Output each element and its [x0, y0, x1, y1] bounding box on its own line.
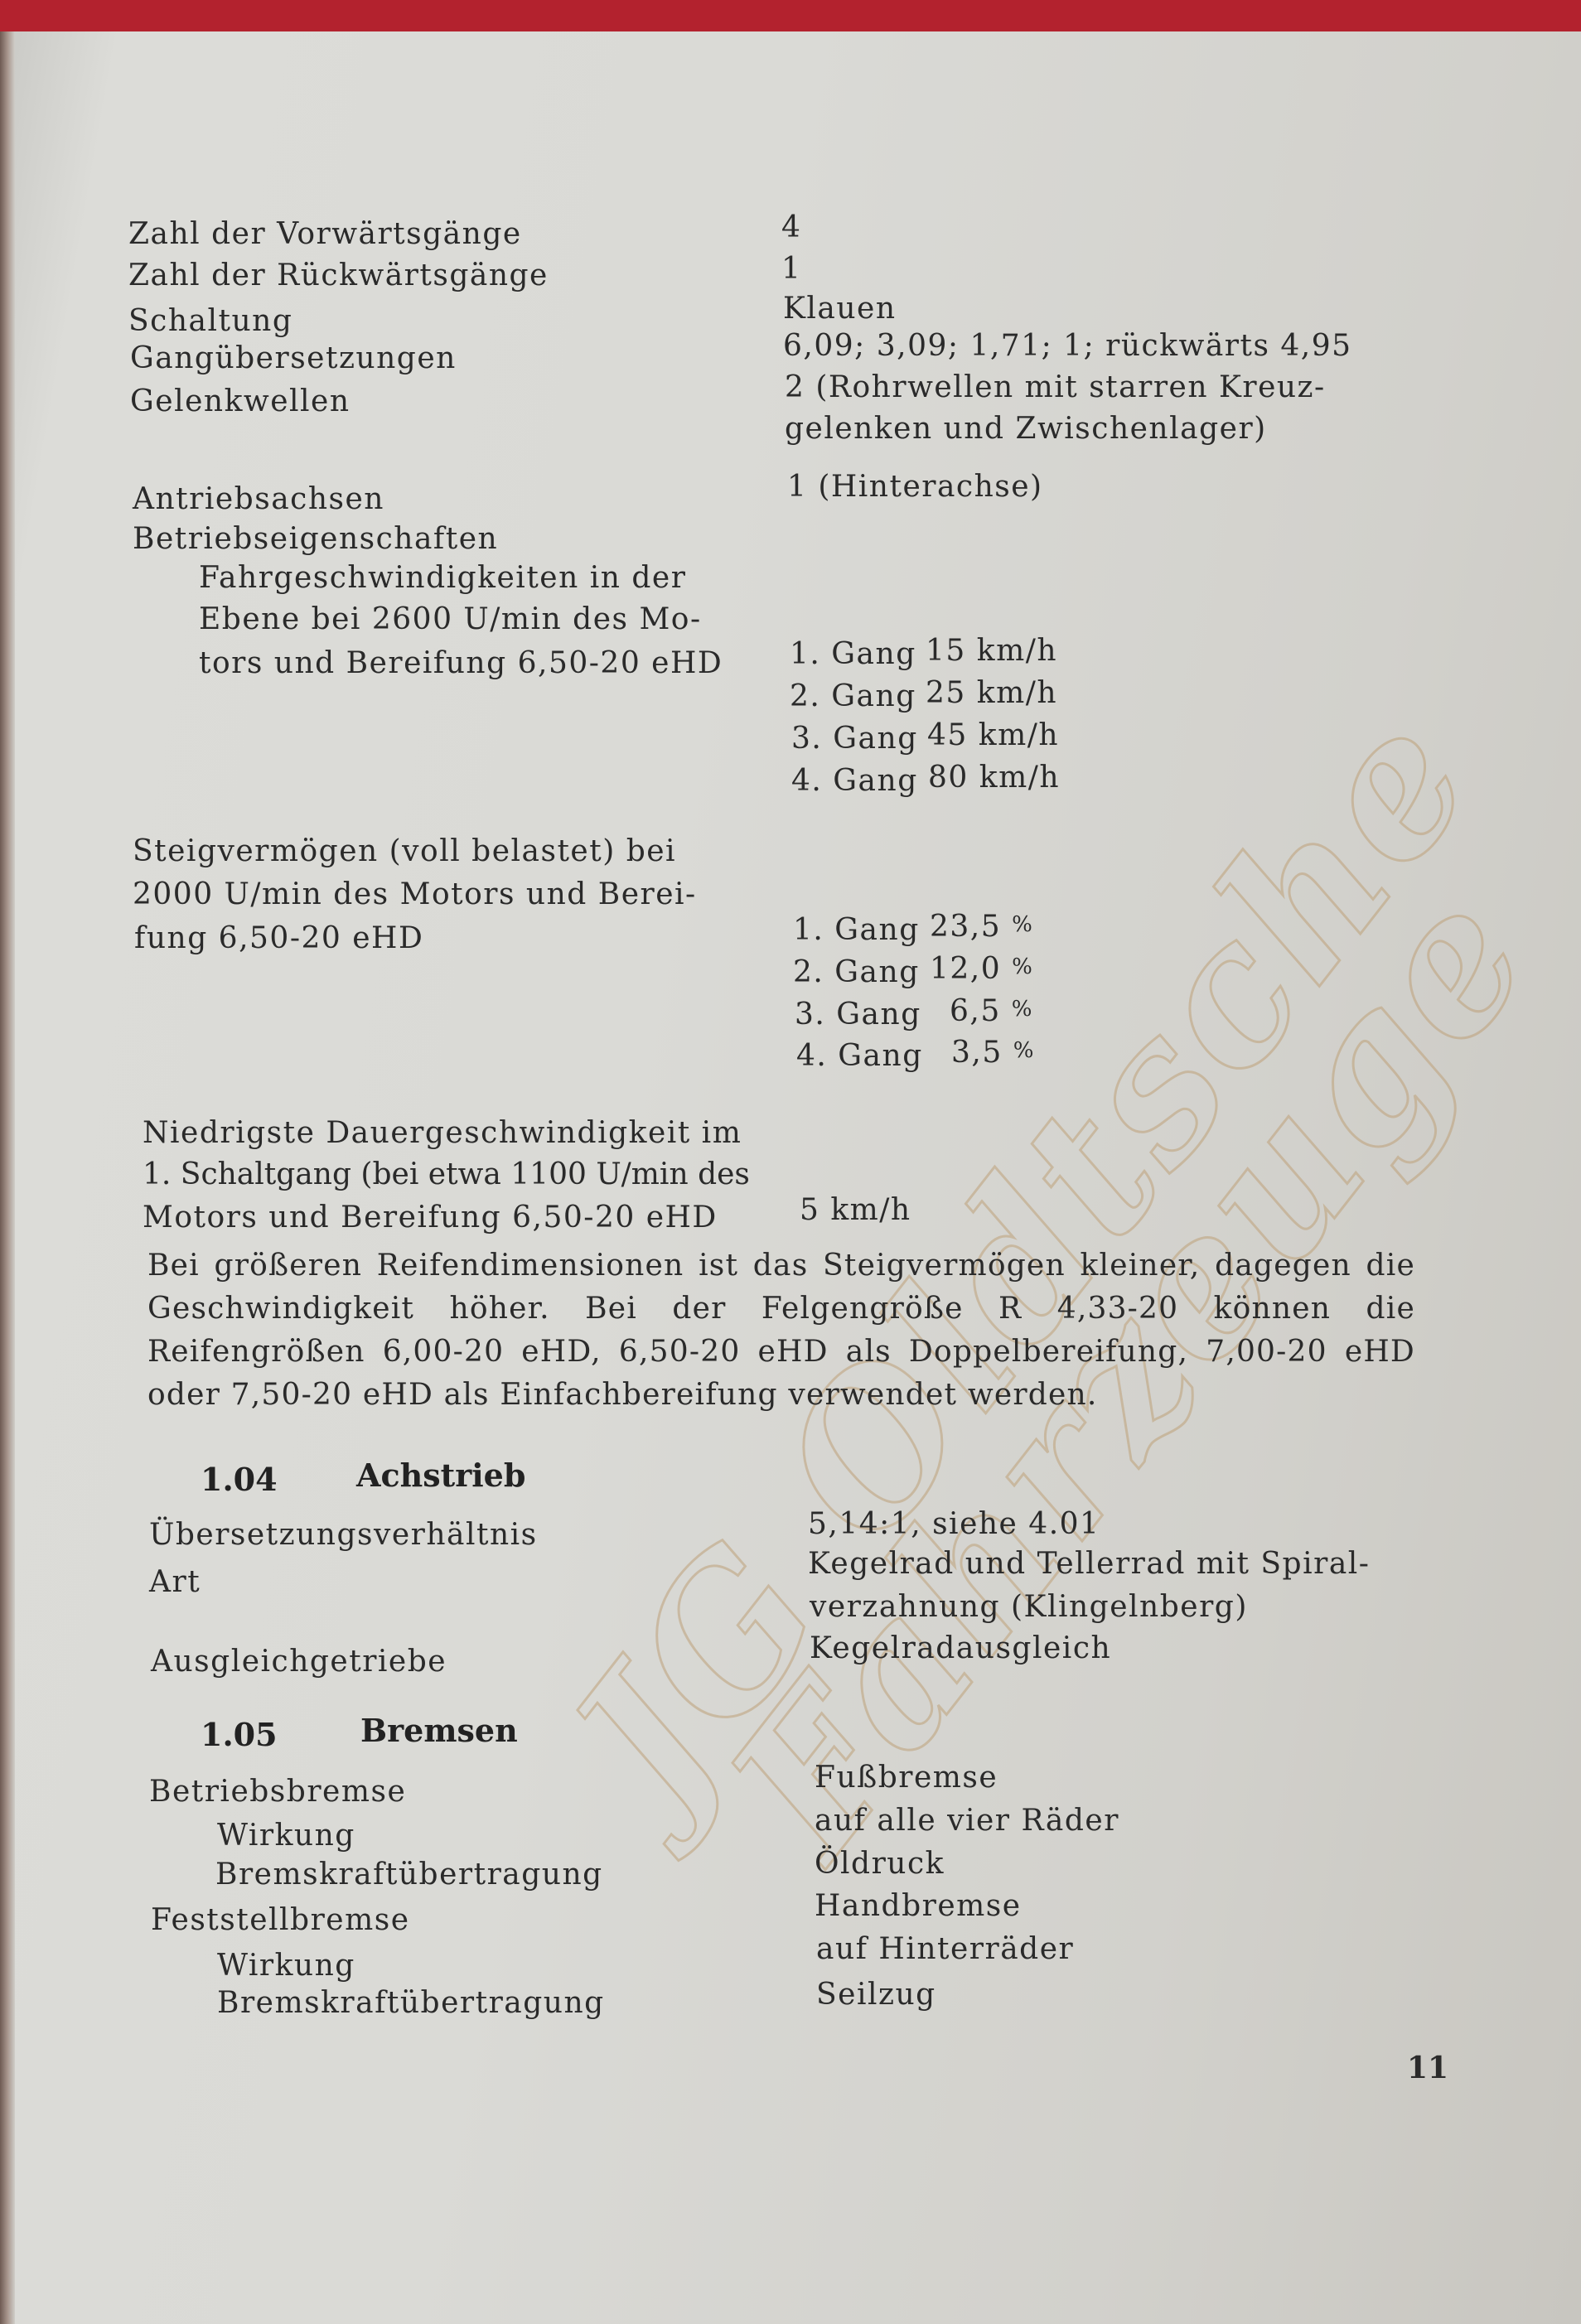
gear-value-number: 12,0: [930, 952, 1001, 986]
spec-label: Bremskraftübertragung: [215, 1860, 603, 1890]
spec-value: Öldruck: [815, 1849, 945, 1879]
spec-label: Gelenkwellen: [130, 387, 351, 417]
gear-value-number: 3,5: [951, 1036, 1003, 1070]
spec-value: 1 (Hinterachse): [787, 472, 1043, 502]
spec-label: Betriebsbremse: [149, 1777, 406, 1807]
spec-label: Zahl der Rückwärtsgänge: [128, 261, 549, 291]
gear-label: 1. Gang: [793, 916, 920, 945]
spec-value: Kegelradausgleich: [810, 1634, 1111, 1664]
spec-value: 4: [781, 213, 801, 243]
spec-value: auf Hinterräder: [816, 1935, 1074, 1964]
spec-label: Bremskraftübertragung: [217, 1988, 605, 2018]
gear-value: 12,0 %: [930, 954, 1032, 984]
spec-label: Betriebseigenschaften: [133, 524, 498, 554]
sub-label: Fahrgeschwindigkeiten in der: [199, 563, 686, 593]
spec-value: Handbremse: [815, 1892, 1022, 1921]
gear-label: 1. Gang: [790, 640, 916, 669]
percent-sign: %: [1012, 954, 1032, 979]
gear-label: 3. Gang: [795, 1000, 921, 1030]
section-number: 1.04: [201, 1464, 278, 1495]
spec-value: verzahnung (Klingelnberg): [810, 1592, 1248, 1622]
spec-label: Gangübersetzungen: [130, 344, 457, 374]
spec-value: 1: [781, 254, 801, 284]
spec-value: Klauen: [783, 294, 897, 324]
spec-label: Ausgleichgetriebe: [151, 1647, 447, 1677]
gear-value: 15 km/h: [926, 636, 1057, 666]
spec-value: gelenken und Zwischenlager): [785, 414, 1267, 444]
gear-value: 25 km/h: [926, 679, 1057, 708]
spec-label: Wirkung: [217, 1951, 355, 1981]
spec-label: Wirkung: [217, 1821, 355, 1851]
gear-value-number: 23,5: [930, 910, 1001, 944]
spec-value: Fußbremse: [815, 1763, 998, 1793]
gear-value-number: 6,5: [950, 994, 1001, 1028]
spec-value: 6,09; 3,09; 1,71; 1; rückwärts 4,95: [783, 331, 1352, 361]
spec-label: Feststellbremse: [151, 1906, 410, 1935]
percent-sign: %: [1013, 1038, 1034, 1063]
sub-label: Steigvermögen (voll belastet) bei: [133, 837, 676, 867]
page-number: 11: [1407, 2051, 1448, 2085]
gear-label: 3. Gang: [791, 724, 918, 754]
spec-value: Seilzug: [816, 1980, 936, 2010]
spec-label: Art: [149, 1568, 201, 1597]
section-number: 1.05: [201, 1719, 278, 1751]
gear-value: 3,5 %: [951, 1038, 1033, 1068]
percent-sign: %: [1012, 912, 1032, 937]
gear-label: 2. Gang: [790, 682, 916, 712]
section-title: Achstrieb: [356, 1460, 525, 1491]
spec-label: Schaltung: [128, 307, 293, 336]
sub-label: 2000 U/min des Motors und Berei-: [133, 880, 697, 910]
gear-label: 4. Gang: [796, 1041, 923, 1071]
spec-value: auf alle vier Räder: [815, 1806, 1119, 1836]
gear-label: 2. Gang: [793, 958, 920, 988]
section-title: Bremsen: [360, 1715, 518, 1747]
spec-value: 5,14:1, siehe 4.01: [808, 1510, 1100, 1539]
spec-label: Antriebsachsen: [133, 485, 384, 515]
spec-value: Kegelrad und Tellerrad mit Spiral-: [808, 1549, 1370, 1579]
spec-label: Zahl der Vorwärtsgänge: [128, 220, 522, 249]
sub-value: 5 km/h: [800, 1196, 911, 1225]
gear-value: 45 km/h: [927, 721, 1059, 751]
gear-value: 6,5 %: [950, 997, 1032, 1027]
sub-label: Niedrigste Dauergeschwindigkeit im: [143, 1119, 742, 1148]
gear-value: 23,5 %: [930, 912, 1032, 942]
gear-label: 4. Gang: [791, 766, 918, 796]
sub-label: fung 6,50-20 eHD: [134, 924, 423, 954]
spec-value: 2 (Rohrwellen mit starren Kreuz-: [785, 373, 1326, 403]
percent-sign: %: [1012, 997, 1032, 1022]
sub-label: tors und Bereifung 6,50-20 eHD: [199, 649, 723, 679]
book-binding: [0, 31, 15, 2324]
sub-label: Ebene bei 2600 U/min des Mo-: [199, 605, 702, 635]
sub-label: 1. Schaltgang (bei etwa 1100 U/min des: [143, 1160, 750, 1190]
gear-value: 80 km/h: [928, 763, 1060, 793]
sub-label: Motors und Bereifung 6,50-20 eHD: [143, 1203, 718, 1233]
note-paragraph: Bei größeren Reifendimensionen ist das S…: [147, 1244, 1415, 1417]
spec-label: Übersetzungsverhältnis: [149, 1520, 538, 1550]
